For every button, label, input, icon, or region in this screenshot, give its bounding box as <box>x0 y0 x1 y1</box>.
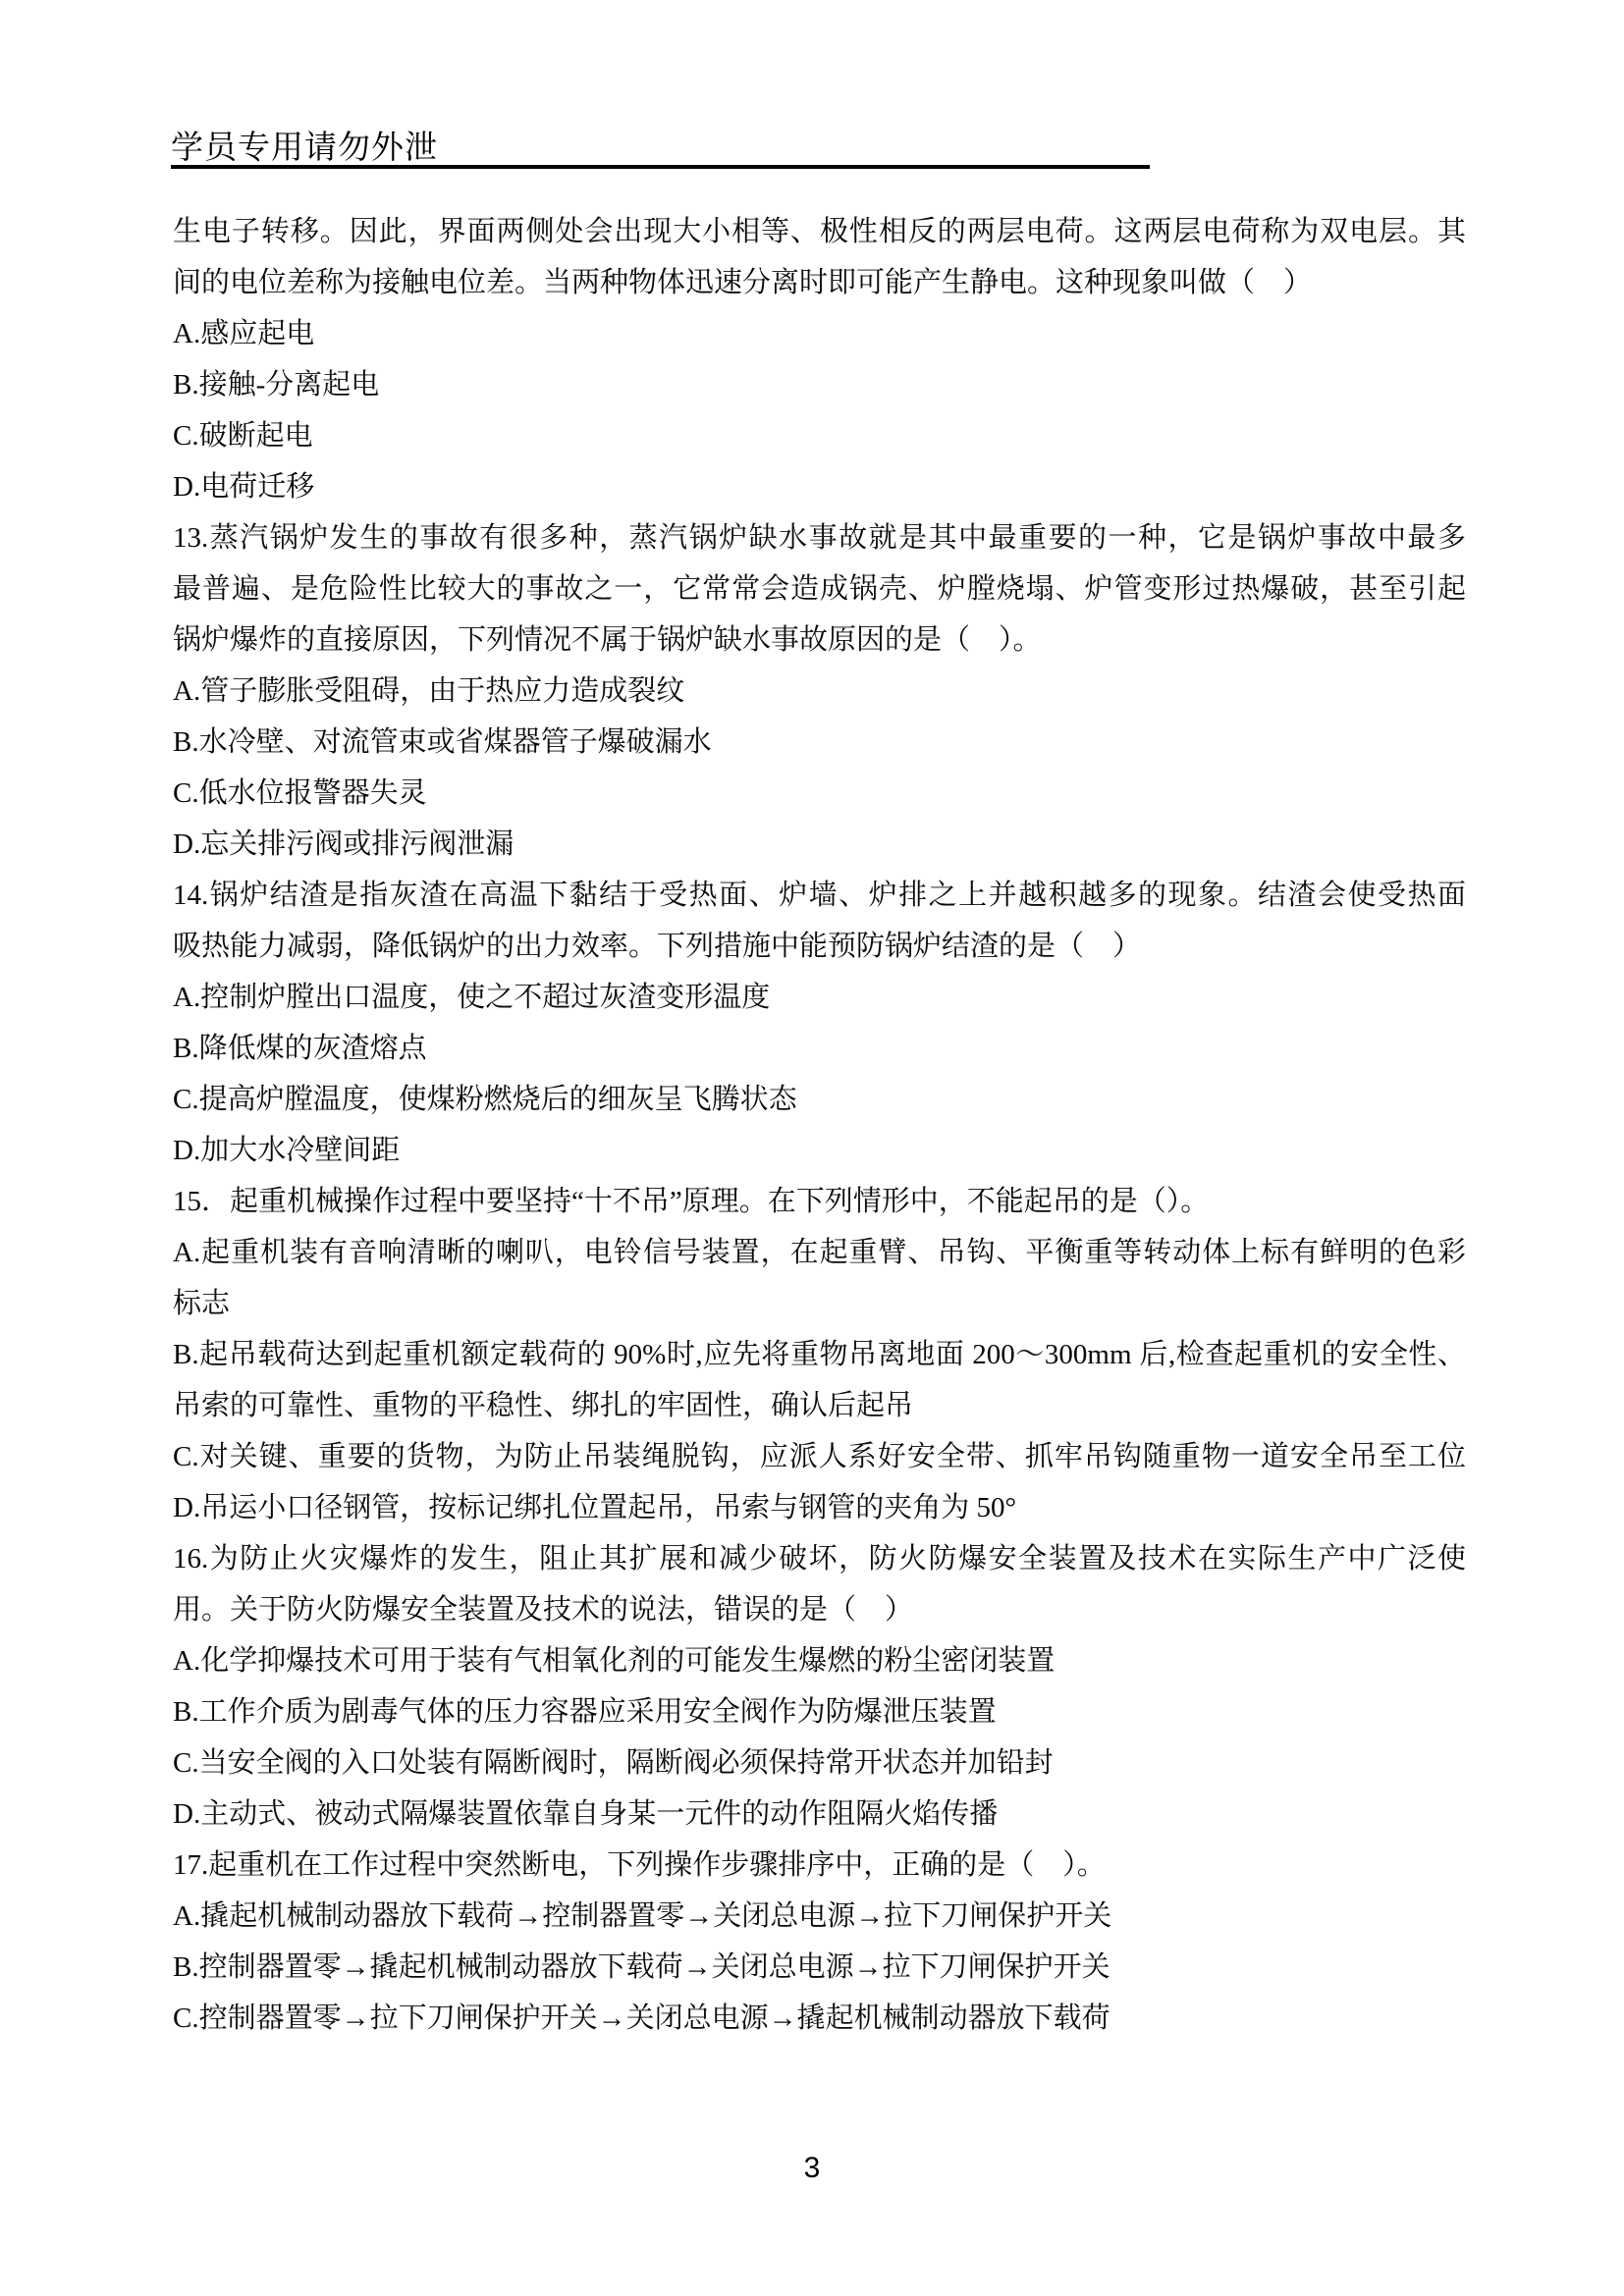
header-confidential-label: 学员专用请勿外泄 <box>171 122 438 168</box>
option-line: D.电荷迁移 <box>173 461 1466 512</box>
option-line: D.加大水冷壁间距 <box>173 1125 1466 1176</box>
option-line: C.对关键、重要的货物，为防止吊装绳脱钩，应派人系好安全带、抓牢吊钩随重物一道安… <box>173 1431 1466 1482</box>
question-line: 15．起重机械操作过程中要坚持“十不吊”原理。在下列情形中，不能起吊的是（）。 <box>173 1176 1466 1227</box>
option-line: D.吊运小口径钢管，按标记绑扎位置起吊，吊索与钢管的夹角为 50° <box>173 1482 1466 1533</box>
continuation-line: 生电子转移。因此，界面两侧处会出现大小相等、极性相反的两层电荷。这两层电荷称为双… <box>173 206 1466 257</box>
continuation-line: 吸热能力减弱，降低锅炉的出力效率。下列措施中能预防锅炉结渣的是（ ） <box>173 921 1466 972</box>
option-line: D.忘关排污阀或排污阀泄漏 <box>173 819 1466 870</box>
option-line: B.接触-分离起电 <box>173 359 1466 410</box>
option-line: A.化学抑爆技术可用于装有气相氧化剂的可能发生爆燃的粉尘密闭装置 <box>173 1635 1466 1686</box>
continuation-line: 吊索的可靠性、重物的平稳性、绑扎的牢固性，确认后起吊 <box>173 1380 1466 1431</box>
document-page: 学员专用请勿外泄 生电子转移。因此，界面两侧处会出现大小相等、极性相反的两层电荷… <box>0 0 1624 2296</box>
option-line: C.提高炉膛温度，使煤粉燃烧后的细灰呈飞腾状态 <box>173 1074 1466 1125</box>
question-line: 14.锅炉结渣是指灰渣在高温下黏结于受热面、炉墙、炉排之上并越积越多的现象。结渣… <box>173 870 1466 921</box>
option-line: C.当安全阀的入口处装有隔断阀时，隔断阀必须保持常开状态并加铅封 <box>173 1737 1466 1789</box>
option-line: B.起吊载荷达到起重机额定载荷的 90%时,应先将重物吊离地面 200～300m… <box>173 1329 1466 1380</box>
question-line: 16.为防止火灾爆炸的发生，阻止其扩展和减少破坏，防火防爆安全装置及技术在实际生… <box>173 1533 1466 1584</box>
header-underline <box>171 165 1150 169</box>
option-line: A.感应起电 <box>173 308 1466 359</box>
option-line: D.主动式、被动式隔爆装置依靠自身某一元件的动作阻隔火焰传播 <box>173 1789 1466 1840</box>
page-number: 3 <box>804 2152 821 2184</box>
option-line: A.控制炉膛出口温度，使之不超过灰渣变形温度 <box>173 972 1466 1023</box>
page-footer: 3 <box>0 2152 1624 2185</box>
option-line: C.破断起电 <box>173 410 1466 461</box>
option-line: A.管子膨胀受阻碍，由于热应力造成裂纹 <box>173 666 1466 717</box>
continuation-line: 间的电位差称为接触电位差。当两种物体迅速分离时即可能产生静电。这种现象叫做（ ） <box>173 257 1466 308</box>
continuation-line: 用。关于防火防爆安全装置及技术的说法，错误的是（ ） <box>173 1584 1466 1635</box>
question-line: 13.蒸汽锅炉发生的事故有很多种，蒸汽锅炉缺水事故就是其中最重要的一种，它是锅炉… <box>173 512 1466 563</box>
option-line: B.降低煤的灰渣熔点 <box>173 1023 1466 1074</box>
option-line: A.起重机装有音响清晰的喇叭，电铃信号装置，在起重臂、吊钩、平衡重等转动体上标有… <box>173 1227 1466 1278</box>
option-line: B.水冷壁、对流管束或省煤器管子爆破漏水 <box>173 717 1466 768</box>
option-line: B.工作介质为剧毒气体的压力容器应采用安全阀作为防爆泄压装置 <box>173 1686 1466 1737</box>
continuation-line: 标志 <box>173 1278 1466 1329</box>
question-line: 17.起重机在工作过程中突然断电，下列操作步骤排序中，正确的是（ ）。 <box>173 1840 1466 1891</box>
continuation-line: 最普遍、是危险性比较大的事故之一，它常常会造成锅壳、炉膛烧塌、炉管变形过热爆破，… <box>173 563 1466 614</box>
exam-content: 生电子转移。因此，界面两侧处会出现大小相等、极性相反的两层电荷。这两层电荷称为双… <box>173 206 1466 2044</box>
option-line: C.低水位报警器失灵 <box>173 768 1466 819</box>
continuation-line: 锅炉爆炸的直接原因，下列情况不属于锅炉缺水事故原因的是（ ）。 <box>173 614 1466 666</box>
option-line: C.控制器置零→拉下刀闸保护开关→关闭总电源→撬起机械制动器放下载荷 <box>173 1993 1466 2044</box>
option-line: A.撬起机械制动器放下载荷→控制器置零→关闭总电源→拉下刀闸保护开关 <box>173 1891 1466 1942</box>
option-line: B.控制器置零→撬起机械制动器放下载荷→关闭总电源→拉下刀闸保护开关 <box>173 1942 1466 1993</box>
